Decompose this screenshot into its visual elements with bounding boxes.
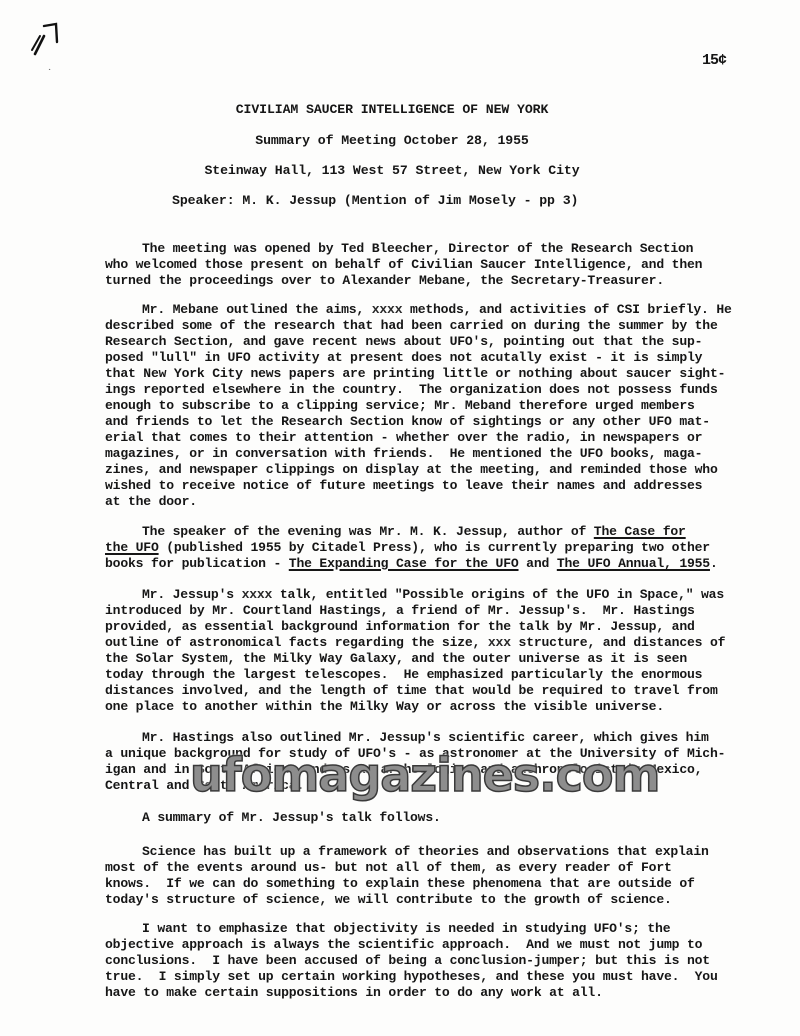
document-page: 15¢ CIVILIAM SAUCER INTELLIGENCE OF NEW …	[0, 0, 800, 1036]
text-fragment: Mr. Jessup's	[142, 587, 242, 602]
text-line: described some of the research that had …	[105, 318, 765, 334]
text-line: introduced by Mr. Courtland Hastings, a …	[105, 603, 765, 619]
paragraph-opening: The meeting was opened by Ted Bleecher, …	[105, 241, 765, 289]
text-line: one place to another within the Milky Wa…	[105, 699, 765, 715]
text-line: Mr. Mebane outlined the aims, xxxx metho…	[105, 302, 765, 318]
text-line: The meeting was opened by Ted Bleecher, …	[105, 241, 765, 257]
paragraph-summary-intro: A summary of Mr. Jessup's talk follows.	[105, 810, 765, 826]
text-fragment: outline of astronomical facts regarding …	[105, 635, 488, 650]
text-line: most of the events around us- but not al…	[105, 860, 765, 876]
text-fragment: talk, entitled "Possible origins of the …	[272, 587, 724, 602]
price-mark: 15¢	[702, 52, 726, 69]
text-line: zines, and newspaper clippings on displa…	[105, 462, 765, 478]
text-line: turned the proceedings over to Alexander…	[105, 273, 765, 289]
overtyped-word: xxxx	[242, 587, 273, 602]
text-line: true. I simply set up certain working hy…	[105, 969, 765, 985]
paragraph-hastings-intro: Mr. Jessup's xxxx talk, entitled "Possib…	[105, 587, 765, 715]
paragraph-speaker: The speaker of the evening was Mr. M. K.…	[105, 524, 765, 572]
paragraph-science: Science has built up a framework of theo…	[105, 844, 765, 908]
text-line: A summary of Mr. Jessup's talk follows.	[105, 810, 765, 826]
document-subtitle: Summary of Meeting October 28, 1955	[0, 133, 792, 148]
text-line: today's structure of science, we will co…	[105, 892, 765, 908]
text-line: the UFO (published 1955 by Citadel Press…	[105, 540, 765, 556]
text-line: who welcomed those present on behalf of …	[105, 257, 765, 273]
text-fragment: structure, and distances of	[511, 635, 725, 650]
text-fragment: methods, and activities of CSI briefly. …	[402, 302, 731, 317]
text-fragment: The speaker of the evening was Mr. M. K.…	[142, 524, 594, 539]
paragraph-mebane: Mr. Mebane outlined the aims, xxxx metho…	[105, 302, 765, 510]
document-title: CIVILIAM SAUCER INTELLIGENCE OF NEW YORK	[0, 102, 792, 117]
speaker-line: Speaker: M. K. Jessup (Mention of Jim Mo…	[172, 193, 578, 208]
text-line: at the door.	[105, 494, 765, 510]
handwritten-page-mark	[26, 20, 66, 70]
text-line: conclusions. I have been accused of bein…	[105, 953, 765, 969]
overtyped-word: xxxx	[372, 302, 403, 317]
overtyped-word: xxx	[488, 635, 511, 650]
watermark: ufomagazines.com	[190, 748, 659, 802]
paragraph-objectivity: I want to emphasize that objectivity is …	[105, 921, 765, 1001]
text-line: erial that comes to their attention - wh…	[105, 430, 765, 446]
text-line: Science has built up a framework of theo…	[105, 844, 765, 860]
meeting-location: Steinway Hall, 113 West 57 Street, New Y…	[0, 163, 792, 178]
text-line: today through the largest telescopes. He…	[105, 667, 765, 683]
text-fragment: Mr. Mebane outlined the aims,	[142, 302, 372, 317]
text-line: Research Section, and gave recent news a…	[105, 334, 765, 350]
text-line: posed "lull" in UFO activity at present …	[105, 350, 765, 366]
text-line: magazines, or in conversation with frien…	[105, 446, 765, 462]
text-line: books for publication - The Expanding Ca…	[105, 556, 765, 572]
text-line: provided, as essential background inform…	[105, 619, 765, 635]
text-line: ings reported elsewhere in the country. …	[105, 382, 765, 398]
text-line: and friends to let the Research Section …	[105, 414, 765, 430]
text-line: distances involved, and the length of ti…	[105, 683, 765, 699]
text-line: knows. If we can do something to explain…	[105, 876, 765, 892]
book-title-case-for-ufo-cont: the UFO	[105, 540, 159, 555]
text-line: Mr. Hastings also outlined Mr. Jessup's …	[105, 730, 765, 746]
text-fragment: and	[519, 556, 557, 571]
text-line: the Solar System, the Milky Way Galaxy, …	[105, 651, 765, 667]
text-line: The speaker of the evening was Mr. M. K.…	[105, 524, 765, 540]
text-line: outline of astronomical facts regarding …	[105, 635, 765, 651]
text-line: Mr. Jessup's xxxx talk, entitled "Possib…	[105, 587, 765, 603]
text-line: wished to receive notice of future meeti…	[105, 478, 765, 494]
book-title-case-for-ufo: The Case for	[594, 524, 686, 539]
text-fragment: .	[710, 556, 718, 571]
book-title-ufo-annual: The UFO Annual, 1955	[557, 556, 710, 571]
text-line: that New York City news papers are print…	[105, 366, 765, 382]
book-title-expanding-case: The Expanding Case for the UFO	[289, 556, 519, 571]
text-fragment: (published 1955 by Citadel Press), who i…	[159, 540, 710, 555]
text-fragment: books for publication -	[105, 556, 289, 571]
text-line: enough to subscribe to a clipping servic…	[105, 398, 765, 414]
text-line: I want to emphasize that objectivity is …	[105, 921, 765, 937]
text-line: have to make certain suppositions in ord…	[105, 985, 765, 1001]
text-line: objective approach is always the scienti…	[105, 937, 765, 953]
